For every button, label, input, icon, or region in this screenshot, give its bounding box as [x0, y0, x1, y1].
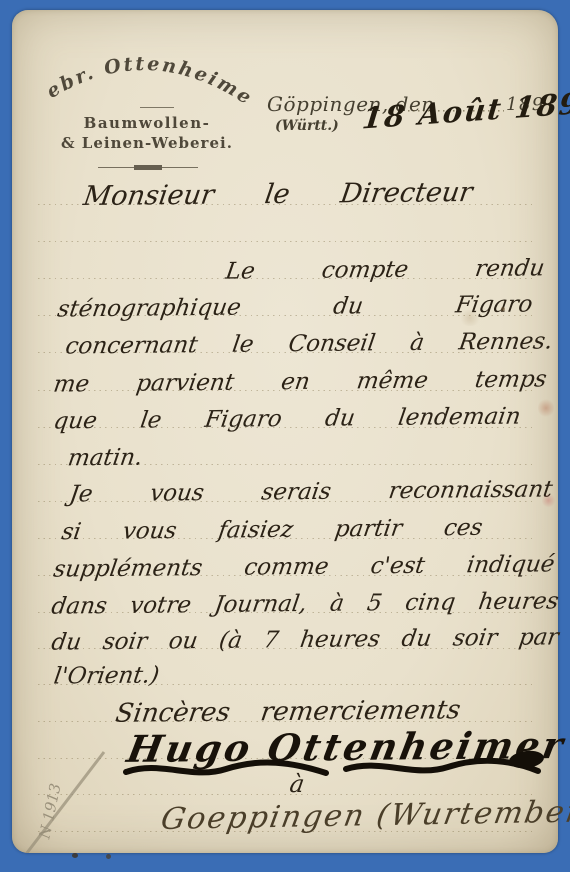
postcard-paper: Gebr. Ottenheimer Baumwollen- & Leinen-W… [12, 10, 558, 853]
pencil-stroke [12, 10, 558, 853]
scan-background: { "colors": { "background": "#3a6db5", "… [0, 0, 570, 872]
ink-speck [106, 854, 111, 859]
ink-speck [72, 853, 78, 858]
